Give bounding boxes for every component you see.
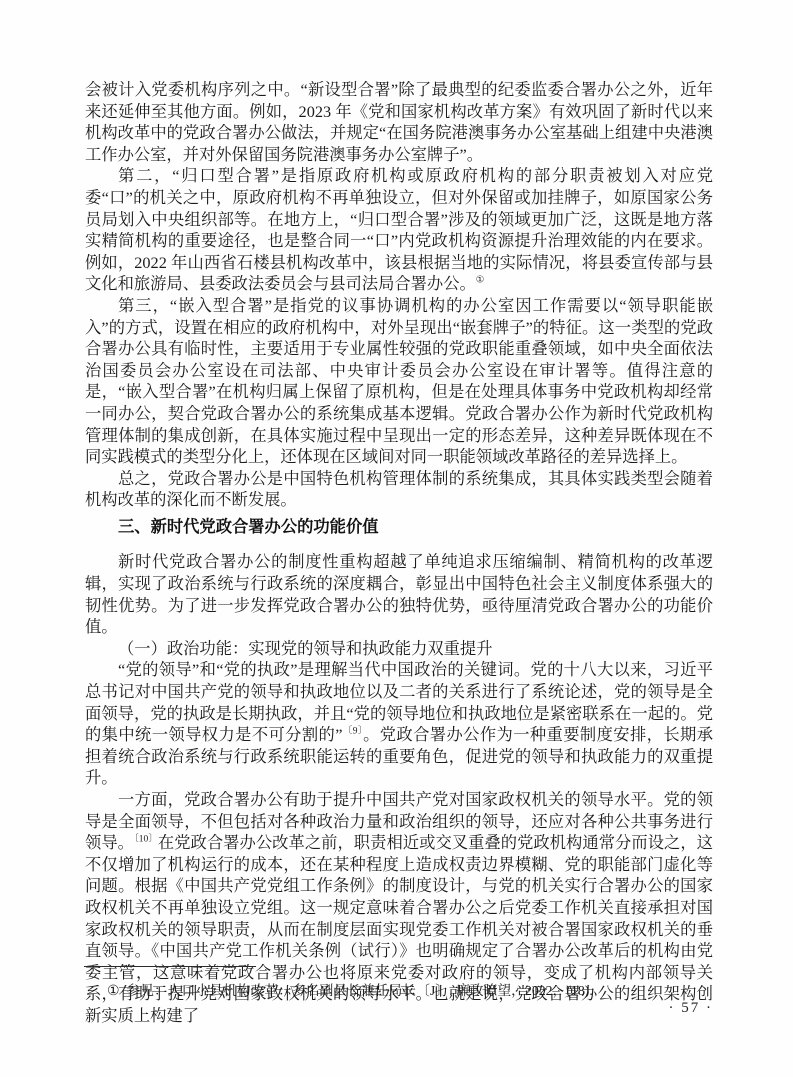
paragraph: 总之，党政合署办公是中国特色机构管理体制的系统集成，其具体实践类型会随着机构改革… [85, 468, 713, 511]
section-heading: 三、新时代党政合署办公的功能价值 [85, 517, 713, 539]
footnote-text: 参见：人口小县机构改革：多名副县长兼任局长〔J〕. 廉政瞭望，2022，(18)… [126, 983, 592, 998]
footnote-marker: ① [107, 983, 119, 998]
page-number: · 57 · [669, 1000, 714, 1017]
paragraph: 第二，“归口型合署”是指原政府机构或原政府机构的部分职责被划入对应党委“口”的机… [85, 165, 713, 295]
paragraph: “党的领导”和“党的执政”是理解当代中国政治的关键词。党的十八大以来，习近平总书… [85, 659, 713, 789]
paragraph: 第三，“嵌入型合署”是指党的议事协调机构的办公室因工作需要以“领导职能嵌入”的方… [85, 295, 713, 468]
footnote-ref: ① [476, 276, 485, 286]
journal-page: 会被计入党委机构序列之中。“新设型合署”除了最典型的纪委监委合署办公之外，近年来… [0, 0, 793, 1077]
footnote-ref: 〔10〕 [134, 835, 158, 845]
subsection-heading: （一）政治功能：实现党的领导和执政能力双重提升 [85, 638, 713, 660]
footnote-ref: 〔9〕 [342, 727, 363, 737]
article-body: 会被计入党委机构序列之中。“新设型合署”除了最典型的纪委监委合署办公之外，近年来… [85, 79, 713, 1027]
footnote-separator [84, 966, 256, 967]
paragraph: 新时代党政合署办公的制度性重构超越了单纯追求压缩编制、精简机构的改革逻辑，实现了… [85, 551, 713, 637]
paragraph: 会被计入党委机构序列之中。“新设型合署”除了最典型的纪委监委合署办公之外，近年来… [85, 79, 713, 165]
footnote: ①参见：人口小县机构改革：多名副县长兼任局长〔J〕. 廉政瞭望，2022，(18… [85, 981, 713, 1000]
